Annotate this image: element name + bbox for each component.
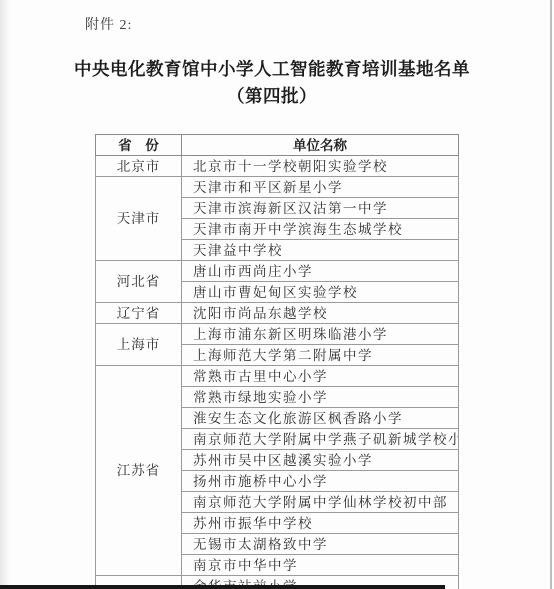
table-row: 河北省唐山市西尚庄小学 [96,261,459,282]
school-name-cell: 无锡市太湖格致中学 [182,534,459,555]
school-name-cell: 南京师范大学附属中学仙林学校初中部 [182,492,459,513]
scan-edge-right [550,0,552,589]
school-name-cell: 天津市和平区新星小学 [182,177,459,198]
school-name-cell: 上海师范大学第二附属中学 [182,345,459,366]
school-name-cell: 淮安生态文化旅游区枫香路小学 [182,408,459,429]
school-name-cell: 常熟市古里中心小学 [182,366,459,387]
school-name-cell: 扬州市施桥中心小学 [182,471,459,492]
school-name-cell: 南京市中华中学 [182,555,459,576]
training-base-table: 省 份 单位名称 北京市北京市十一学校朝阳实验学校天津市天津市和平区新星小学天津… [95,134,459,589]
table-row: 北京市北京市十一学校朝阳实验学校 [96,156,459,177]
scanned-document-page: 附件 2: 中央电化教育馆中小学人工智能教育培训基地名单 （第四批） 省 份 单… [0,0,554,589]
table-row: 上海市上海市浦东新区明珠临港小学 [96,324,459,345]
province-cell: 天津市 [96,177,182,261]
school-name-cell: 天津益中学校 [182,240,459,261]
table-row: 江苏省常熟市古里中心小学 [96,366,459,387]
school-name-cell: 上海市浦东新区明珠临港小学 [182,324,459,345]
table-row: 辽宁省沈阳市尚品东越学校 [96,303,459,324]
document-title-line1: 中央电化教育馆中小学人工智能教育培训基地名单 [0,56,544,83]
school-name-cell: 沈阳市尚品东越学校 [182,303,459,324]
school-name-cell: 天津市南开中学滨海生态城学校 [182,219,459,240]
table-header-row: 省 份 单位名称 [96,135,459,156]
school-name-cell: 唐山市曹妃甸区实验学校 [182,282,459,303]
school-name-cell: 北京市十一学校朝阳实验学校 [182,156,459,177]
province-cell: 北京市 [96,156,182,177]
school-name-cell: 常熟市绿地实验小学 [182,387,459,408]
document-title-line2: （第四批） [0,83,544,110]
school-name-cell: 天津市滨海新区汉沽第一中学 [182,198,459,219]
school-name-cell: 苏州市振华中学校 [182,513,459,534]
school-name-cell: 唐山市西尚庄小学 [182,261,459,282]
province-cell: 河北省 [96,261,182,303]
column-header-province: 省 份 [96,135,182,156]
document-title: 中央电化教育馆中小学人工智能教育培训基地名单 （第四批） [0,56,544,110]
attachment-label: 附件 2: [85,14,132,34]
table-row: 天津市天津市和平区新星小学 [96,177,459,198]
province-cell: 上海市 [96,324,182,366]
school-name-cell: 苏州市吴中区越溪实验小学 [182,450,459,471]
province-cell: 江苏省 [96,366,182,576]
scan-bottom-bar [0,585,445,589]
province-cell: 辽宁省 [96,303,182,324]
column-header-unit: 单位名称 [182,135,459,156]
school-name-cell: 南京师范大学附属中学燕子矶新城学校小学部 [182,429,459,450]
